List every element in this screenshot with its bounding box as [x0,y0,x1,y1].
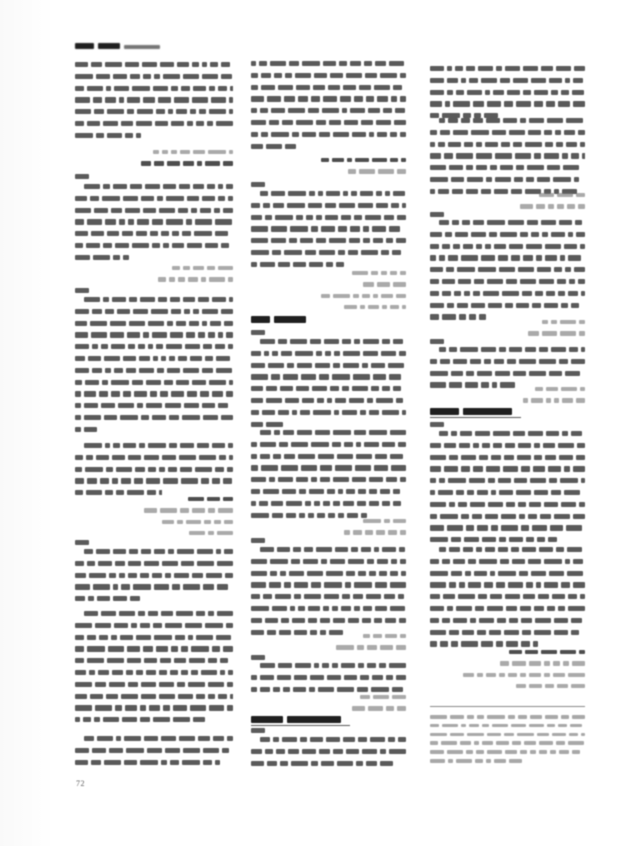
paragraph-line [251,61,406,66]
paragraph-line [251,454,406,459]
paragraph-line [251,687,403,692]
salutation-sir [430,339,444,344]
signature-line [75,531,233,535]
paragraph-line [260,191,406,196]
paragraph-line [251,559,406,564]
paragraph-line [430,314,492,319]
paragraph-line [75,380,233,385]
paragraph-line [430,537,557,542]
salutation-sir [75,540,89,545]
paragraph-line [251,132,406,137]
signature-line [251,282,406,286]
paragraph-line [75,356,233,361]
paragraph-line [84,549,233,554]
paragraph-line [430,502,585,507]
paragraph-line [75,584,233,589]
column-right [430,0,585,846]
signature-line [251,169,406,173]
paragraph-line [251,120,406,125]
paragraph-line [251,398,406,403]
paragraph-line [75,321,233,326]
signature-line [251,519,406,523]
signature-line [75,266,233,270]
paragraph-line [430,359,585,364]
paragraph-line [75,309,233,314]
paragraph-line [75,121,233,126]
paragraph-line [75,705,233,710]
salutation-sir [75,174,89,179]
salutation-sir [251,182,265,187]
paragraph-line [75,133,141,138]
paragraph-line [251,442,406,447]
signature-line [75,497,233,501]
paragraph-line [75,415,233,420]
paragraph-line [430,443,585,448]
signature-line [430,684,585,688]
paragraph-line [75,208,233,213]
paragraph-line [260,339,406,344]
paragraph-line [430,466,585,471]
salutation-sir [430,422,444,427]
footnote-line [430,741,585,745]
paragraph-line [430,66,585,71]
paragraph-line [430,303,585,308]
paragraph-line [251,749,406,754]
paragraph-line [251,618,406,623]
paragraph-line [251,761,398,766]
paragraph-line [75,646,233,651]
paragraph-line [251,675,406,680]
column-middle [251,0,406,846]
paragraph-line [251,226,406,231]
heading-underline [430,417,521,418]
paragraph-line [430,525,585,530]
paragraph-line [251,108,406,113]
salutation-sir [251,728,265,733]
salutation-sir [251,655,265,660]
paragraph-line [75,748,233,753]
paragraph-line [75,596,146,601]
signature-line [251,695,406,699]
paragraph-line [75,368,233,373]
paragraph-line [251,262,344,267]
signature-line [430,650,585,654]
paragraph-line [430,371,585,376]
paragraph-line [251,606,406,611]
paragraph-line [430,279,585,284]
salutation-sir [430,212,444,217]
paragraph-line [430,490,585,495]
paragraph-line [75,478,233,483]
paragraph-line [430,101,585,106]
paragraph-line [430,606,585,611]
salutation-sir [251,538,265,543]
signature-line [75,161,233,165]
paragraph-line [75,97,233,102]
heading-underline [251,725,350,726]
paragraph-line [75,391,233,396]
paragraph-line [251,489,406,494]
signature-line [430,320,585,324]
signature-line [251,645,406,649]
paragraph-line [75,74,233,79]
paragraph-line [260,663,406,668]
paragraph-line [430,594,585,599]
paragraph-line [430,478,585,483]
paragraph-line [430,630,585,635]
paragraph-line [430,291,585,296]
paragraph-line [84,736,233,741]
paragraph-line [430,232,585,237]
paragraph-line [251,73,406,78]
paragraph-line [75,717,209,722]
paragraph-line [75,623,233,628]
signature-line [75,508,233,512]
paragraph-line [75,86,233,91]
footnote-line [430,724,585,728]
paragraph-line [260,430,406,435]
paragraph-line [430,165,585,170]
paragraph-line [439,431,585,436]
section-heading-smudge [430,408,516,415]
paragraph-line [430,571,585,576]
signature-line [430,387,585,391]
paragraph-line [75,760,220,765]
paragraph-line [430,618,585,623]
paragraph-line [439,220,585,225]
paragraph-line [75,658,233,663]
footnote-line [430,759,523,763]
section-heading-smudge [251,716,345,723]
paragraph-line [251,386,406,391]
footnote-line [430,715,585,719]
paragraph-line [430,153,585,158]
paragraph-line [75,332,233,337]
paragraph-line [251,513,367,518]
paragraph-line [251,571,406,576]
scanned-page: 72 [0,0,619,846]
paragraph-line [75,455,233,460]
paragraph-line [251,374,406,379]
signature-line [75,150,233,154]
paragraph-line [75,255,130,260]
signature-line [430,673,585,677]
paragraph-line [84,611,233,616]
paragraph-line [430,559,585,564]
paragraph-line [251,501,406,506]
paragraph-line [75,243,233,248]
paragraph-line [439,347,585,352]
paragraph-line [75,109,233,114]
paragraph-line [75,490,162,495]
footnote-rule [430,706,585,707]
paragraph-line [84,184,233,189]
salutation-sir [75,288,89,293]
paragraph-line [430,455,585,460]
signature-line [251,271,406,275]
paragraph-line [75,62,233,67]
paragraph-line [430,255,585,260]
paragraph-line [75,231,233,236]
paragraph-line [75,403,233,408]
signature-line [75,520,233,524]
paragraph-line [75,682,233,687]
paragraph-line [251,582,406,587]
signature-line [251,294,406,298]
paragraph-line [75,670,233,675]
paragraph-line [251,250,406,255]
signature-line [430,331,585,335]
footnote-line [430,733,585,737]
paragraph-line [75,344,233,349]
signature-line [430,661,585,665]
signature-line [75,277,233,281]
paragraph-line [430,177,585,182]
paragraph-line [251,96,406,101]
paragraph-line [430,78,585,83]
paragraph-line [430,514,585,519]
paragraph-line [251,477,406,482]
paragraph-line [75,196,233,201]
paragraph-line [439,547,585,552]
paragraph-line [251,363,406,368]
signature-line [251,530,406,534]
paragraph-line [430,244,585,249]
paragraph-line [84,297,233,302]
paragraph-line [251,85,406,90]
footnote-line [430,750,585,754]
signature-line [430,193,585,197]
paragraph-line [84,443,233,448]
paragraph-line [251,144,298,149]
signature-line [251,634,406,638]
paragraph-line [251,351,406,356]
paragraph-line [251,594,406,599]
paragraph-line [430,267,585,272]
paragraph-line [75,635,233,640]
paragraph-line [439,118,585,123]
paragraph-line [260,547,406,552]
paragraph-line [75,573,233,578]
paragraph-line [251,465,406,470]
paragraph-line [430,90,585,95]
signature-line [430,204,585,208]
paragraph-line [251,422,285,427]
paragraph-line [75,467,233,472]
paragraph-line [75,427,99,432]
paragraph-line [430,641,539,646]
paragraph-line [430,130,585,135]
signature-line [251,706,406,710]
paragraph-line [75,219,233,224]
section-heading-smudge [251,316,310,323]
paragraph-line [430,142,585,147]
paragraph-line [251,203,406,208]
paragraph-line [75,561,233,566]
paragraph-line [75,694,233,699]
column-left [75,0,233,846]
salutation-sir [251,330,265,335]
signature-line [430,398,585,402]
paragraph-line [251,215,406,220]
paragraph-line [260,737,406,742]
paragraph-line [251,238,406,243]
paragraph-line [251,410,406,415]
paragraph-line [430,582,585,587]
signature-line [251,158,406,162]
signature-line [251,305,406,309]
